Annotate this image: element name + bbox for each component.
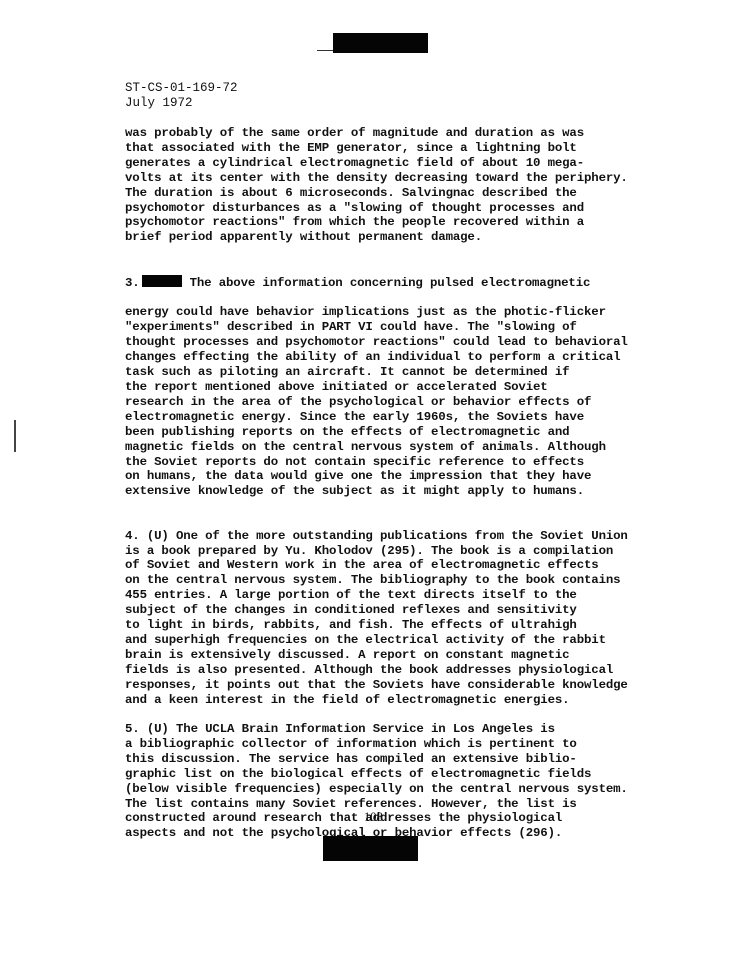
text-line: the Soviet reports do not contain specif…	[125, 455, 665, 470]
text-line: task such as piloting an aircraft. It ca…	[125, 365, 665, 380]
text-line: extensive knowledge of the subject as it…	[125, 484, 665, 499]
text-line: responses, it points out that the Soviet…	[125, 678, 665, 693]
paragraph-3-lines: energy could have behavior implications …	[125, 305, 665, 499]
paragraph-4: 4. (U) One of the more outstanding publi…	[125, 529, 665, 708]
text-line: "experiments" described in PART VI could…	[125, 320, 665, 335]
text-line: on the central nervous system. The bibli…	[125, 573, 665, 588]
text-line: a bibliographic collector of information…	[125, 737, 665, 752]
redaction-tick	[317, 50, 333, 51]
redaction-bar-top	[333, 33, 428, 53]
paragraph-3-first-line-text: The above information concerning pulsed …	[190, 276, 591, 290]
scan-margin-mark	[14, 420, 16, 452]
paragraph-continuation: was probably of the same order of magnit…	[125, 126, 665, 245]
page-number: 108	[364, 810, 383, 825]
text-line: and superhigh frequencies on the electri…	[125, 633, 665, 648]
text-line: energy could have behavior implications …	[125, 305, 665, 320]
text-line: the report mentioned above initiated or …	[125, 380, 665, 395]
text-line: graphic list on the biological effects o…	[125, 767, 665, 782]
text-line: thought processes and psychomotor reacti…	[125, 335, 665, 350]
text-line: and a keen interest in the field of elec…	[125, 693, 665, 708]
paragraph-5: 5. (U) The UCLA Brain Information Servic…	[125, 722, 665, 841]
text-line: that associated with the EMP generator, …	[125, 141, 665, 156]
control-number: ST-CS-01-169-72	[125, 81, 238, 96]
text-line: The list contains many Soviet references…	[125, 797, 665, 812]
text-line: fields is also presented. Although the b…	[125, 663, 665, 678]
text-line: constructed around research that address…	[125, 811, 665, 826]
text-line: this discussion. The service has compile…	[125, 752, 665, 767]
text-line: of Soviet and Western work in the area o…	[125, 558, 665, 573]
text-line: brief period apparently without permanen…	[125, 230, 665, 245]
text-line: volts at its center with the density dec…	[125, 171, 665, 186]
text-line: psychomotor reactions" from which the pe…	[125, 215, 665, 230]
text-line: 4. (U) One of the more outstanding publi…	[125, 529, 665, 544]
redaction-bar-bottom	[323, 836, 418, 861]
document-body: was probably of the same order of magnit…	[125, 126, 665, 856]
paragraph-3: 3.The above information concerning pulse…	[125, 260, 665, 514]
text-line: psychomotor disturbances as a "slowing o…	[125, 201, 665, 216]
redacted-classification-marking	[142, 275, 182, 287]
text-line: was probably of the same order of magnit…	[125, 126, 665, 141]
text-line: been publishing reports on the effects o…	[125, 425, 665, 440]
document-date: July 1972	[125, 96, 238, 111]
text-line: 5. (U) The UCLA Brain Information Servic…	[125, 722, 665, 737]
paragraph-number: 3.	[125, 276, 140, 290]
document-header: ST-CS-01-169-72 July 1972	[125, 81, 238, 111]
text-line: on humans, the data would give one the i…	[125, 469, 665, 484]
paragraph-3-first-line: 3.The above information concerning pulse…	[125, 275, 665, 291]
text-line: is a book prepared by Yu. Kholodov (295)…	[125, 544, 665, 559]
text-line: electromagnetic energy. Since the early …	[125, 410, 665, 425]
text-line: changes effecting the ability of an indi…	[125, 350, 665, 365]
text-line: 455 entries. A large portion of the text…	[125, 588, 665, 603]
text-line: subject of the changes in conditioned re…	[125, 603, 665, 618]
text-line: brain is extensively discussed. A report…	[125, 648, 665, 663]
text-line: generates a cylindrical electromagnetic …	[125, 156, 665, 171]
text-line: magnetic fields on the central nervous s…	[125, 440, 665, 455]
text-line: to light in birds, rabbits, and fish. Th…	[125, 618, 665, 633]
text-line: The duration is about 6 microseconds. Sa…	[125, 186, 665, 201]
text-line: research in the area of the psychologica…	[125, 395, 665, 410]
text-line: (below visible frequencies) especially o…	[125, 782, 665, 797]
